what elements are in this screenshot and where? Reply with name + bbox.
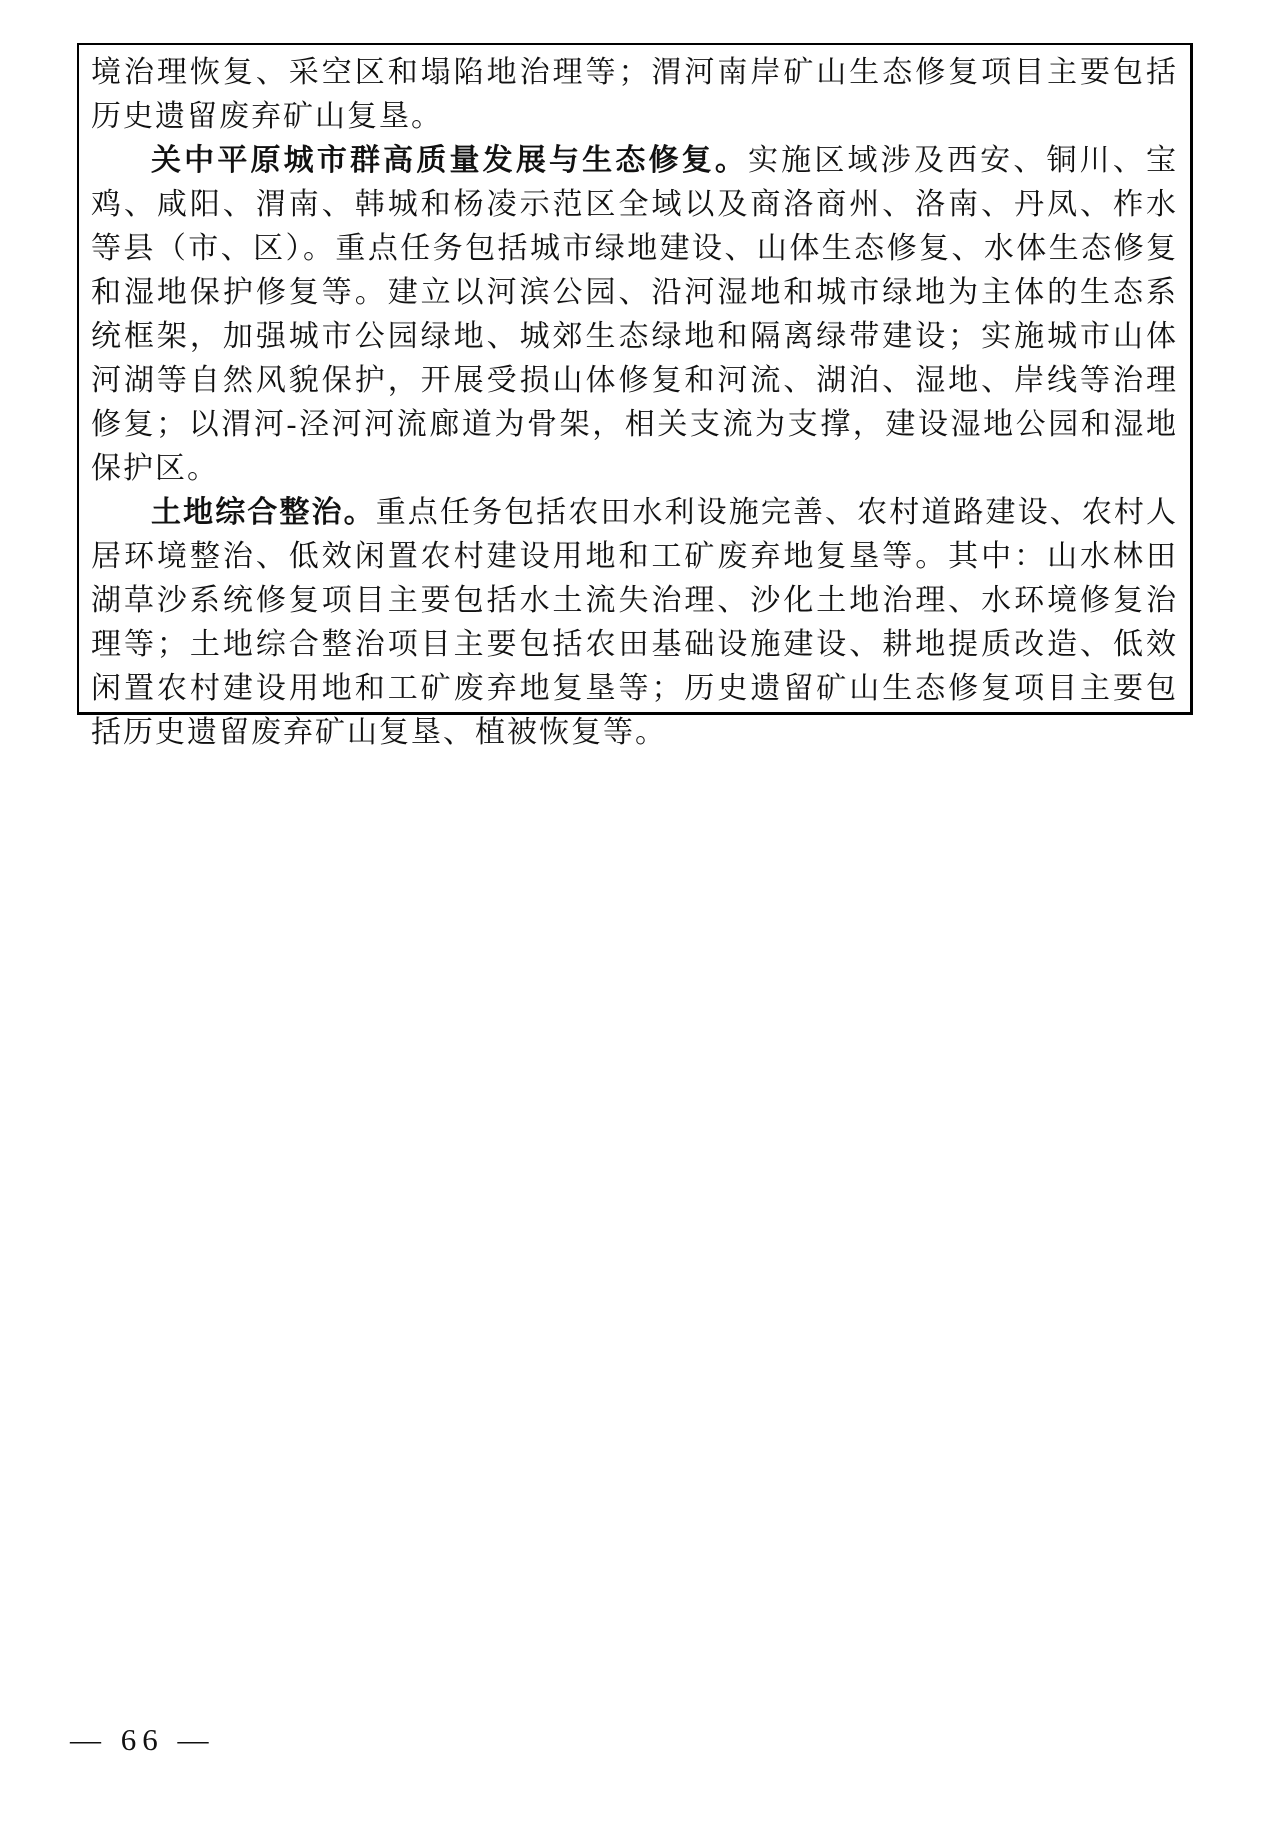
paragraph-guanzhong-text: 实施区域涉及西安、铜川、宝鸡、咸阳、渭南、韩城和杨凌示范区全域以及商洛商州、洛南…	[91, 144, 1178, 485]
page-number: — 66 —	[70, 1722, 215, 1758]
section-heading-guanzhong: 关中平原城市群高质量发展与生态修复。	[151, 144, 748, 177]
document-page: 境治理恢复、采空区和塌陷地治理等；渭河南岸矿山生态修复项目主要包括历史遗留废弃矿…	[0, 0, 1280, 1846]
paragraph-land-consolidation: 土地综合整治。重点任务包括农田水利设施完善、农村道路建设、农村人居环境整治、低效…	[91, 491, 1178, 755]
paragraph-continuation: 境治理恢复、采空区和塌陷地治理等；渭河南岸矿山生态修复项目主要包括历史遗留废弃矿…	[91, 51, 1178, 139]
paragraph-land-consolidation-text: 重点任务包括农田水利设施完善、农村道路建设、农村人居环境整治、低效闲置农村建设用…	[91, 496, 1178, 749]
paragraph-guanzhong-plain: 关中平原城市群高质量发展与生态修复。实施区域涉及西安、铜川、宝鸡、咸阳、渭南、韩…	[91, 139, 1178, 491]
section-heading-land-consolidation: 土地综合整治。	[151, 496, 376, 529]
bordered-text-box: 境治理恢复、采空区和塌陷地治理等；渭河南岸矿山生态修复项目主要包括历史遗留废弃矿…	[77, 43, 1193, 715]
paragraph-continuation-text: 境治理恢复、采空区和塌陷地治理等；渭河南岸矿山生态修复项目主要包括历史遗留废弃矿…	[91, 56, 1178, 133]
